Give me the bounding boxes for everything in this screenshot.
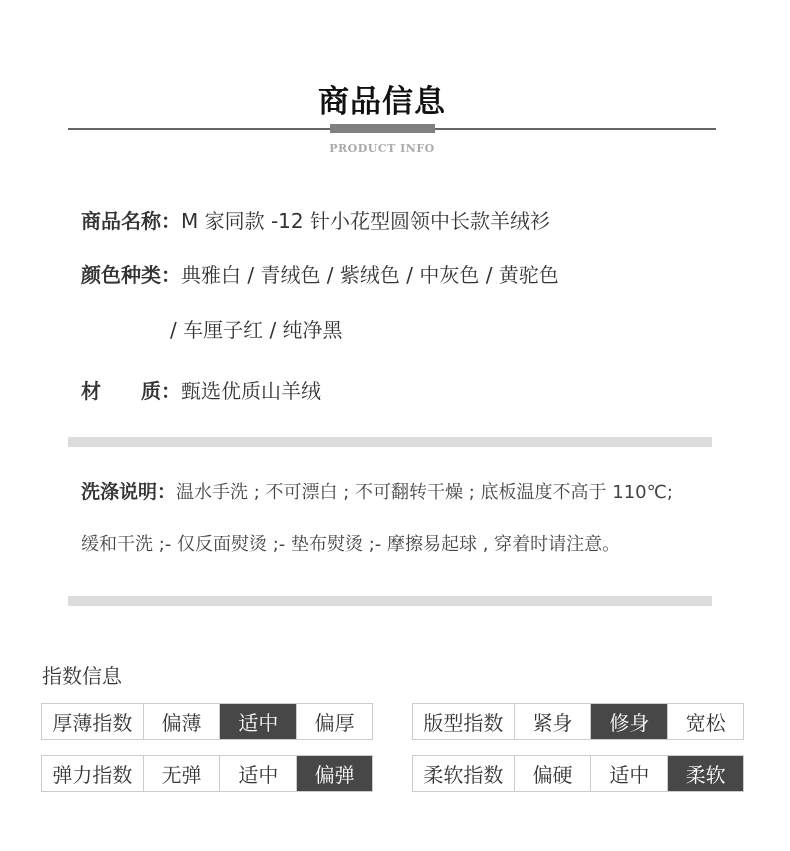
color-row: 颜色种类：典雅白 / 青绒色 / 紫绒色 / 中灰色 / 黄驼色	[81, 259, 559, 288]
divider-top	[68, 437, 712, 447]
index-option: 紧身	[514, 704, 591, 739]
product-name-value: M 家同款 -12 针小花型圆领中长款羊绒衫	[181, 209, 550, 233]
index-option: 适中	[590, 756, 667, 791]
index-option-selected: 适中	[219, 704, 296, 739]
wash-row-1: 洗涤说明：温水手洗 ; 不可漂白 ; 不可翻转干燥 ; 底板温度不高于 110℃…	[81, 477, 673, 504]
wash-line2: 缓和干洗 ;- 仅反面熨烫 ;- 垫布熨烫 ;- 摩擦易起球 , 穿着时请注意。	[81, 534, 620, 555]
index-option: 偏厚	[296, 704, 372, 739]
index-label: 弹力指数	[42, 756, 143, 791]
wash-row-2: 缓和干洗 ;- 仅反面熨烫 ;- 垫布熨烫 ;- 摩擦易起球 , 穿着时请注意。	[81, 530, 620, 556]
index-option: 无弹	[143, 756, 220, 791]
index-label: 版型指数	[413, 704, 514, 739]
product-name-row: 商品名称：M 家同款 -12 针小花型圆领中长款羊绒衫	[81, 205, 550, 234]
index-option-selected: 偏弹	[296, 756, 372, 791]
index-option: 偏硬	[514, 756, 591, 791]
color-label: 颜色种类：	[81, 263, 181, 287]
product-name-label: 商品名称：	[81, 209, 181, 233]
material-label: 材 质：	[81, 379, 181, 403]
color-row-continued: / 车厘子红 / 纯净黑	[170, 314, 343, 343]
color-value-line1: 典雅白 / 青绒色 / 紫绒色 / 中灰色 / 黄驼色	[181, 263, 559, 287]
index-option-selected: 柔软	[667, 756, 743, 791]
index-option-selected: 修身	[590, 704, 667, 739]
index-label: 柔软指数	[413, 756, 514, 791]
index-option: 适中	[219, 756, 296, 791]
index-table-thickness: 厚薄指数 偏薄 适中 偏厚	[41, 703, 373, 740]
divider-bottom	[68, 596, 712, 606]
page-title: 商品信息	[0, 76, 764, 121]
material-value: 甄选优质山羊绒	[181, 379, 321, 403]
color-value-line2: / 车厘子红 / 纯净黑	[170, 318, 343, 342]
index-table-elasticity: 弹力指数 无弹 适中 偏弹	[41, 755, 373, 792]
title-rule-accent	[330, 124, 435, 133]
index-option: 偏薄	[143, 704, 220, 739]
index-table-fit: 版型指数 紧身 修身 宽松	[412, 703, 744, 740]
material-row: 材 质：甄选优质山羊绒	[81, 375, 321, 404]
wash-line1: 温水手洗 ; 不可漂白 ; 不可翻转干燥 ; 底板温度不高于 110℃;	[176, 482, 673, 503]
index-title: 指数信息	[42, 660, 122, 689]
page-subtitle: PRODUCT INFO	[0, 142, 764, 155]
index-table-softness: 柔软指数 偏硬 适中 柔软	[412, 755, 744, 792]
wash-label: 洗涤说明：	[81, 481, 176, 503]
index-option: 宽松	[667, 704, 743, 739]
index-label: 厚薄指数	[42, 704, 143, 739]
